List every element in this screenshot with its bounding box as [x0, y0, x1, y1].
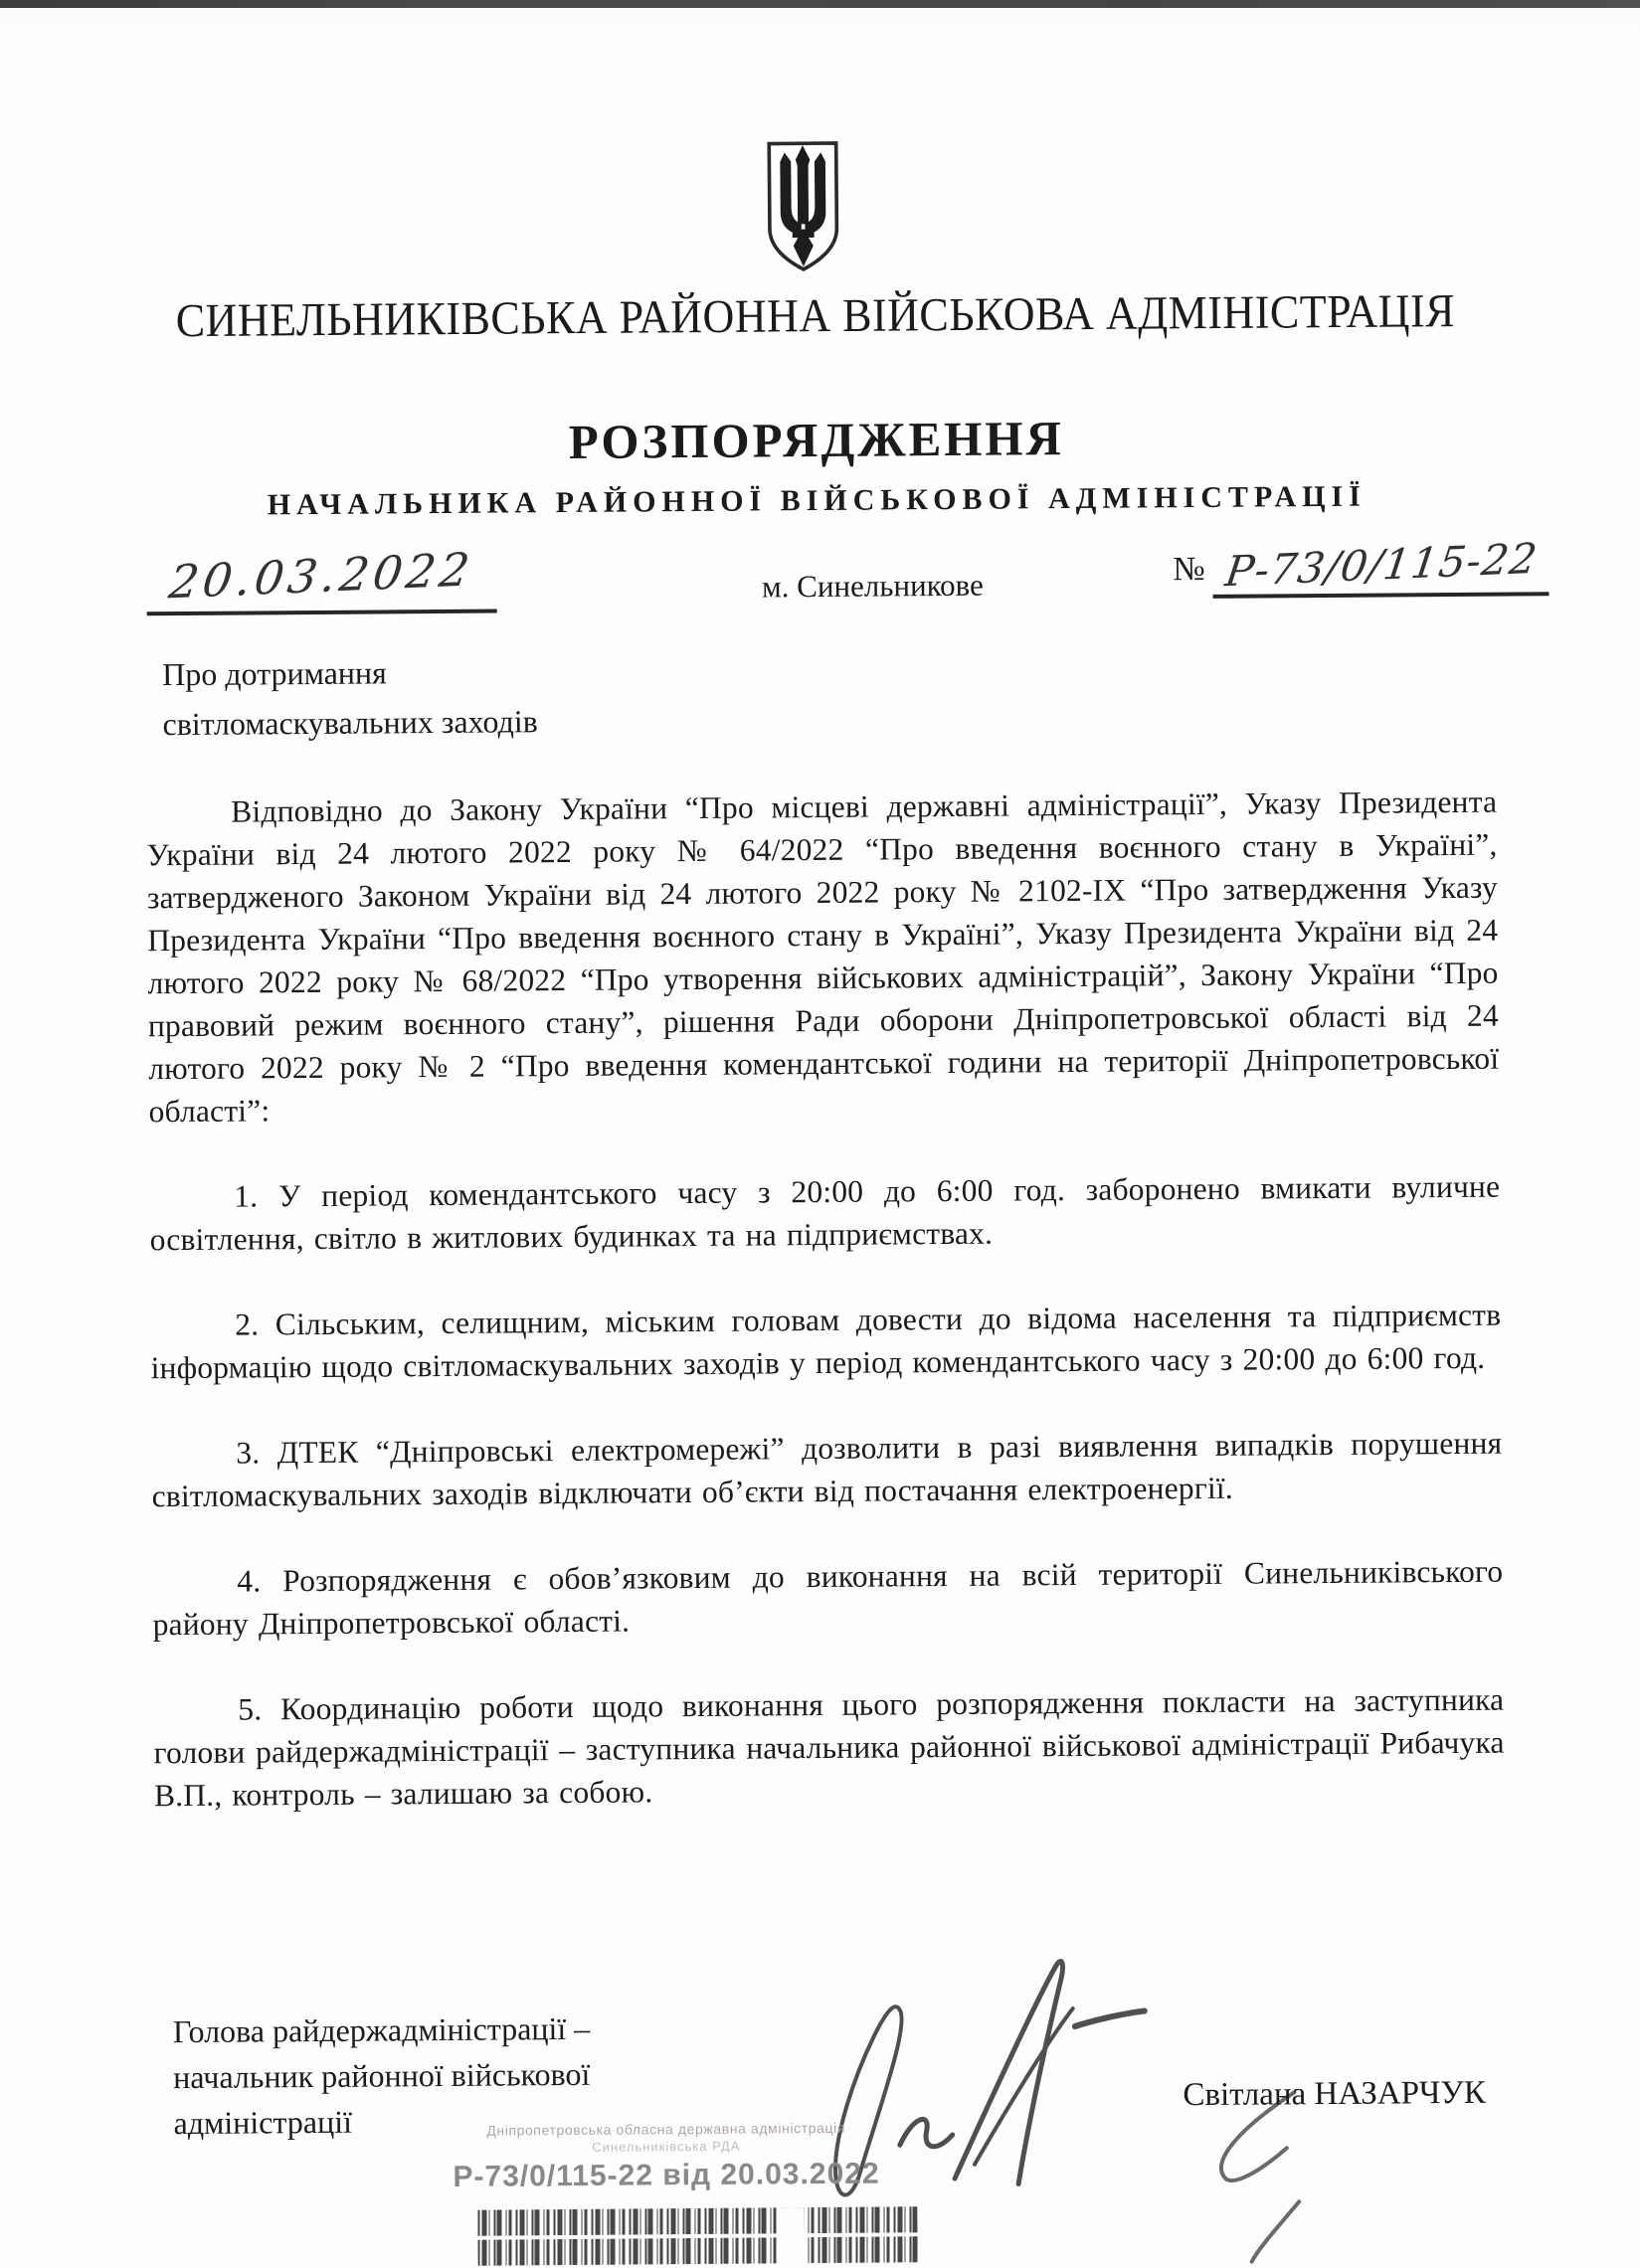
ukraine-trident-emblem-icon	[762, 137, 844, 275]
document-content: СИНЕЛЬНИКІВСЬКА РАЙОННА ВІЙСЬКОВА АДМІНІ…	[0, 0, 1640, 2268]
barcode-row-top	[477, 2206, 917, 2235]
signer-position-line-1: Голова райдержадміністрації –	[173, 2006, 591, 2054]
document-issuer-subtitle: НАЧАЛЬНИКА РАЙОННОЇ ВІЙСЬКОВОЇ АДМІНІСТР…	[0, 478, 1637, 525]
number-underline: Р-73/0/115-22	[1213, 539, 1549, 599]
stamp-organization-line: Дніпропетровська обласна державна адміні…	[428, 2119, 905, 2139]
scanned-document-page: СИНЕЛЬНИКІВСЬКА РАЙОННА ВІЙСЬКОВА АДМІНІ…	[0, 0, 1640, 2268]
registration-stamp: Дніпропетровська обласна державна адміні…	[428, 2119, 906, 2194]
number-sign: №	[1173, 551, 1205, 599]
place-of-issue: м. Синельникове	[693, 567, 1051, 606]
order-item-1: 1. У період комендантського часу з 20:00…	[149, 1165, 1501, 1262]
date-field: 20.03.2022	[146, 548, 497, 616]
signer-position-line-2: начальник районної військової	[173, 2051, 591, 2100]
subject-heading: Про дотримання світломаскувальних заході…	[162, 646, 538, 749]
stamp-registration-number: Р-73/0/115-22 від 20.03.2022	[428, 2157, 905, 2194]
subject-line-2: світломаскувальних заходів	[162, 696, 538, 749]
barcode-row-bottom	[478, 2236, 918, 2265]
stamp-department-line: Синельниківська РДА	[428, 2137, 905, 2156]
order-item-2: 2. Сільським, селищним, міським головам …	[150, 1294, 1502, 1390]
preamble-paragraph: Відповідно до Закону України “Про місцев…	[146, 781, 1500, 1134]
document-body: Відповідно до Закону України “Про місцев…	[146, 781, 1505, 1860]
subject-line-1: Про дотримання	[162, 646, 538, 699]
signer-name: Світлана НАЗАРЧУК	[1183, 2075, 1486, 2114]
order-item-4: 4. Розпорядження є обов’язковим до викон…	[152, 1550, 1504, 1647]
organization-name: СИНЕЛЬНИКІВСЬКА РАЙОННА ВІЙСЬКОВА АДМІНІ…	[0, 282, 1636, 350]
document-number-field: № Р-73/0/115-22	[1173, 539, 1549, 599]
handwritten-date: 20.03.2022	[166, 542, 476, 609]
registration-barcode-icon	[477, 2206, 917, 2267]
order-item-3: 3. ДТЕК “Дніпровські електромережі” дозв…	[151, 1422, 1503, 1518]
document-type-title: РОЗПОРЯДЖЕННЯ	[0, 406, 1637, 475]
order-item-5: 5. Координацію роботи щодо виконання цьо…	[153, 1678, 1505, 1818]
handwritten-document-number: Р-73/0/115-22	[1222, 534, 1541, 596]
